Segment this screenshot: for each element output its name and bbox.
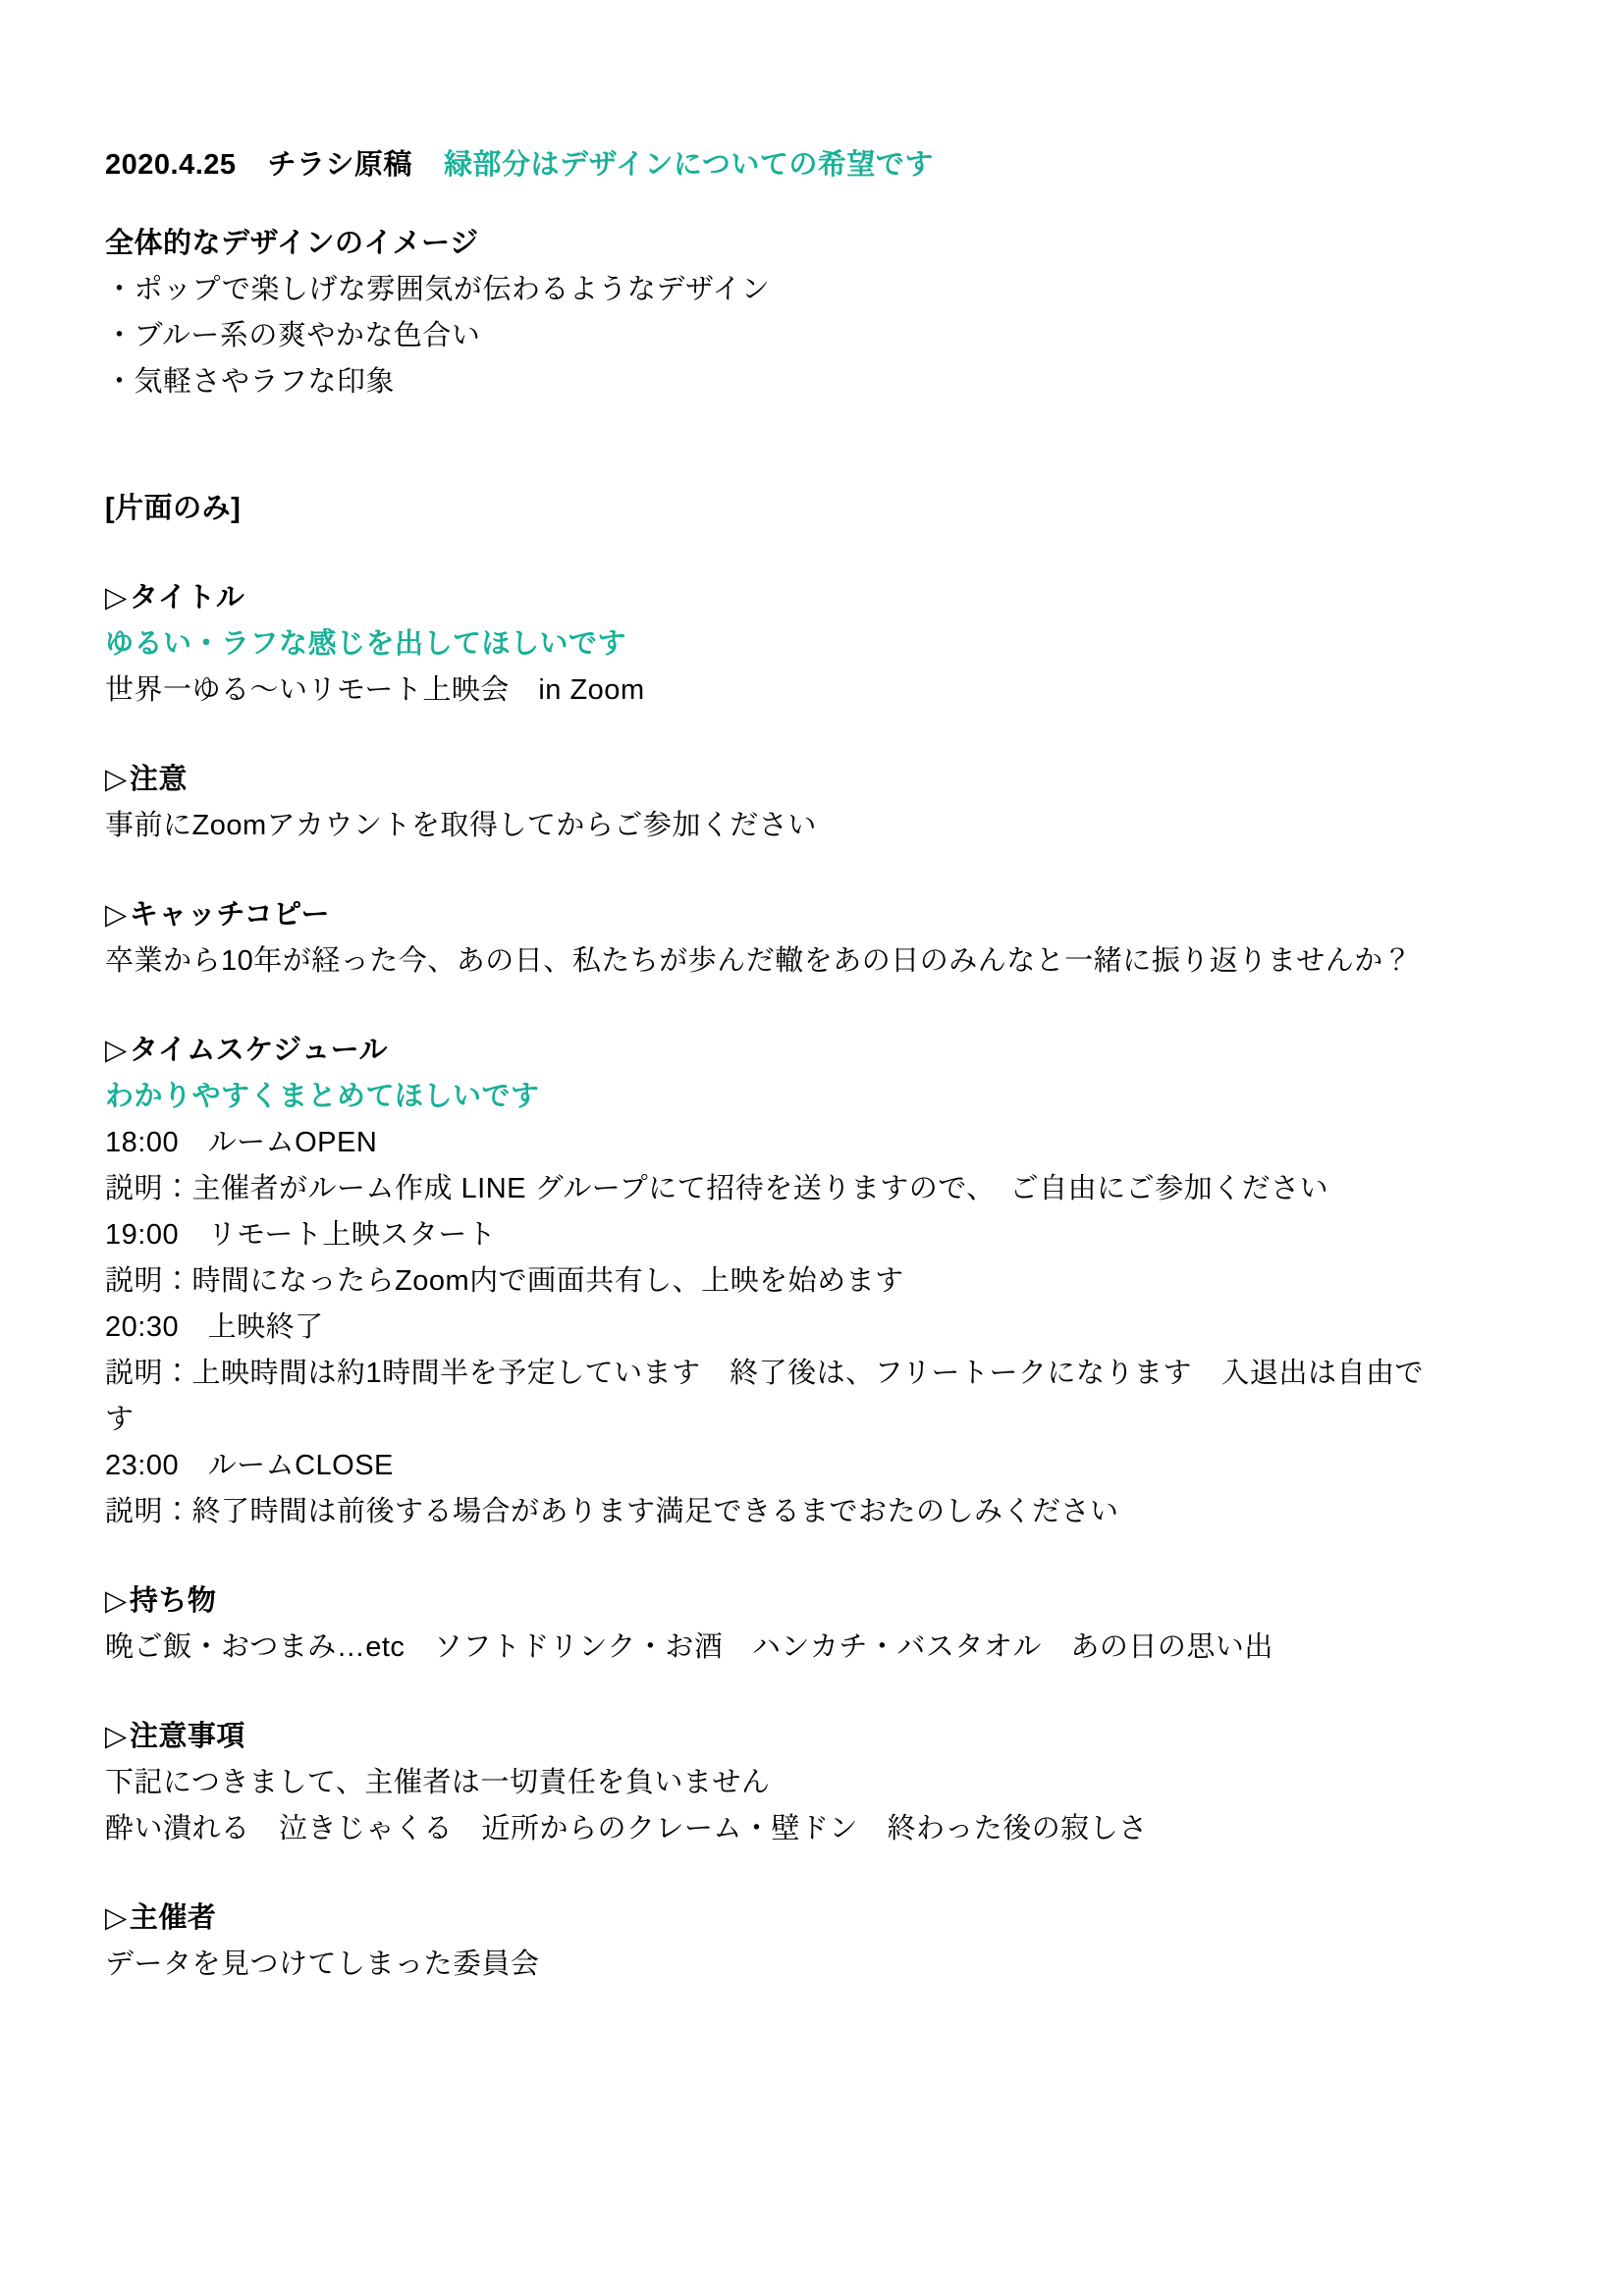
triangle-marker-icon: ▷	[105, 582, 128, 614]
design-overview-bullet: ・ポップで楽しげな雰囲気が伝わるようなデザイン	[105, 267, 1437, 313]
triangle-marker-icon: ▷	[105, 899, 128, 931]
section-heading: ▷タイトル	[105, 575, 1437, 621]
section-heading: ▷持ち物	[105, 1578, 1437, 1625]
triangle-marker-icon: ▷	[105, 1035, 128, 1066]
design-overview-heading: 全体的なデザインのイメージ	[105, 221, 1437, 267]
section-caution: ▷注意 事前にZoomアカウントを取得してからご参加ください	[105, 757, 1437, 849]
schedule-line: 説明：時間になったらZoom内で画面共有し、上映を始めます	[105, 1258, 1437, 1305]
section-heading-text: キャッチコピー	[130, 899, 330, 931]
body-line: 下記につきまして、主催者は一切責任を負いません	[105, 1760, 1437, 1806]
section-belongings: ▷持ち物 晩ご飯・おつまみ…etc ソフトドリンク・お酒 ハンカチ・バスタオル …	[105, 1578, 1437, 1671]
section-notes: ▷注意事項 下記につきまして、主催者は一切責任を負いません 酔い潰れる 泣きじゃ…	[105, 1714, 1437, 1852]
section-heading-text: タイムスケジュール	[130, 1035, 388, 1066]
schedule-line: 18:00 ルームOPEN	[105, 1120, 1437, 1166]
section-catch-copy: ▷キャッチコピー 卒業から10年が経った今、あの日、私たちが歩んだ轍をあの日のみ…	[105, 892, 1437, 985]
header-date: 2020.4.25	[105, 149, 237, 181]
section-heading: ▷注意	[105, 757, 1437, 803]
body-line: データを見つけてしまった委員会	[105, 1942, 1437, 1988]
section-organizer: ▷主催者 データを見つけてしまった委員会	[105, 1896, 1437, 1988]
section-heading: ▷主催者	[105, 1896, 1437, 1942]
document-page: 2020.4.25チラシ原稿緑部分はデザインについての希望です 全体的なデザイン…	[0, 0, 1624, 2296]
schedule-line: 説明：終了時間は前後する場合があります満足できるまでおたのしみください	[105, 1489, 1437, 1535]
section-heading: ▷キャッチコピー	[105, 892, 1437, 938]
section-heading-text: タイトル	[130, 582, 244, 614]
section-heading-text: 注意事項	[130, 1721, 245, 1752]
schedule-line: 説明：主催者がルーム作成 LINE グループにて招待を送りますので、 ご自由にご…	[105, 1166, 1437, 1212]
body-line: 世界一ゆる〜いリモート上映会 in Zoom	[105, 667, 1437, 714]
design-overview-bullet: ・ブルー系の爽やかな色合い	[105, 313, 1437, 359]
design-note: わかりやすくまとめてほしいです	[105, 1074, 1437, 1120]
triangle-marker-icon: ▷	[105, 1721, 128, 1752]
schedule-line: 説明：上映時間は約1時間半を予定しています 終了後は、フリートークになります 入…	[105, 1351, 1437, 1443]
schedule-line: 20:30 上映終了	[105, 1305, 1437, 1351]
section-heading-text: 持ち物	[130, 1585, 217, 1617]
document-header: 2020.4.25チラシ原稿緑部分はデザインについての希望です	[105, 142, 1437, 188]
section-time-schedule: ▷タイムスケジュール わかりやすくまとめてほしいです 18:00 ルームOPEN…	[105, 1028, 1437, 1535]
schedule-line: 23:00 ルームCLOSE	[105, 1443, 1437, 1489]
header-design-note: 緑部分はデザインについての希望です	[444, 149, 934, 181]
design-note: ゆるい・ラフな感じを出してほしいです	[105, 621, 1437, 667]
design-overview-section: 全体的なデザインのイメージ ・ポップで楽しげな雰囲気が伝わるようなデザイン ・ブ…	[105, 221, 1437, 405]
body-line: 卒業から10年が経った今、あの日、私たちが歩んだ轍をあの日のみんなと一緒に振り返…	[105, 938, 1437, 985]
design-overview-bullet: ・気軽さやラフな印象	[105, 359, 1437, 405]
schedule-line: 19:00 リモート上映スタート	[105, 1212, 1437, 1258]
section-heading-text: 注意	[130, 764, 188, 795]
triangle-marker-icon: ▷	[105, 1902, 128, 1934]
section-title: ▷タイトル ゆるい・ラフな感じを出してほしいです 世界一ゆる〜いリモート上映会 …	[105, 575, 1437, 714]
section-heading: ▷タイムスケジュール	[105, 1028, 1437, 1074]
body-line: 晩ご飯・おつまみ…etc ソフトドリンク・お酒 ハンカチ・バスタオル あの日の思…	[105, 1625, 1437, 1671]
body-line: 酔い潰れる 泣きじゃくる 近所からのクレーム・壁ドン 終わった後の寂しさ	[105, 1806, 1437, 1852]
section-heading-text: 主催者	[130, 1902, 217, 1934]
header-doc-title: チラシ原稿	[268, 149, 413, 181]
single-side-note: [片面のみ]	[105, 486, 1437, 532]
body-line: 事前にZoomアカウントを取得してからご参加ください	[105, 803, 1437, 849]
section-heading: ▷注意事項	[105, 1714, 1437, 1760]
triangle-marker-icon: ▷	[105, 1585, 128, 1617]
triangle-marker-icon: ▷	[105, 764, 128, 795]
